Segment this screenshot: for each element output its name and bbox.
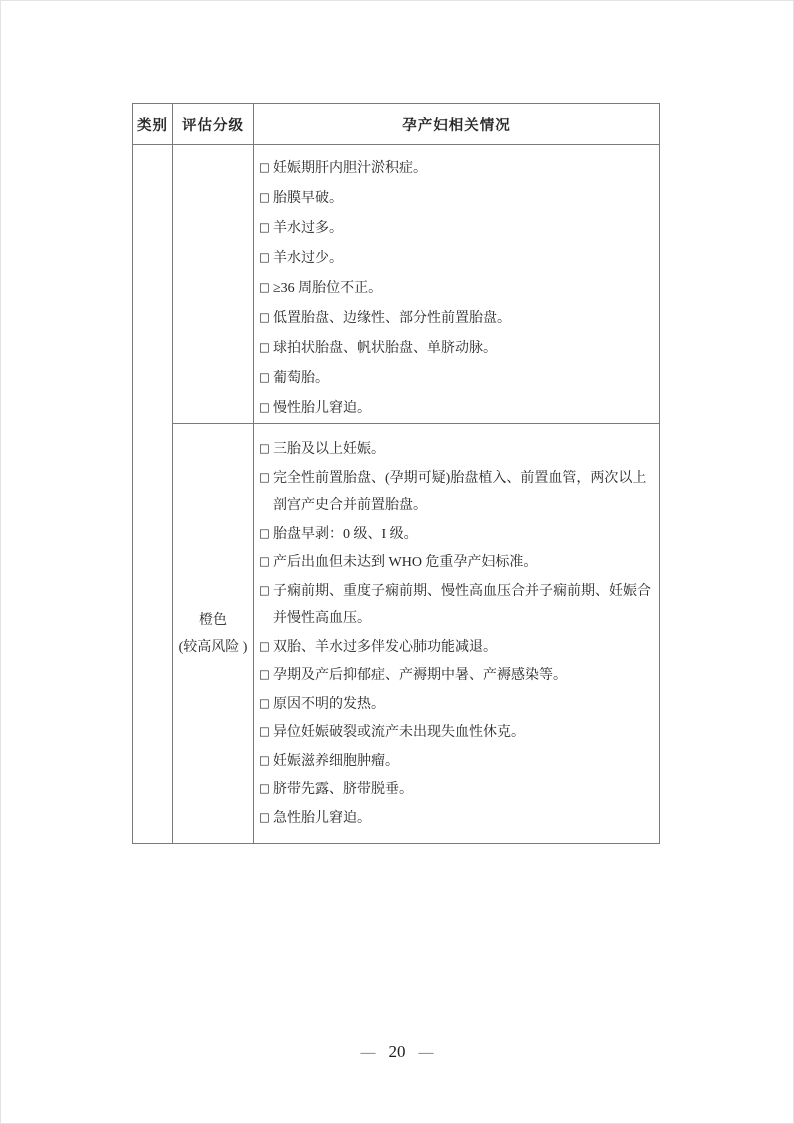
table-row-orange-section: 橙色 (较高风险 ) □三胎及以上妊娠。□完全性前置胎盘、(孕期可疑)胎盘植入、…: [133, 424, 660, 844]
checklist-item-text: 产后出血但未达到 WHO 危重孕产妇标准。: [273, 555, 537, 570]
checklist-continued-section: □妊娠期肝内胆汁淤积症。□胎膜早破。□羊水过多。□羊水过少。□≥36 周胎位不正…: [254, 145, 660, 424]
grade-label-risk-level: (较高风险 ): [173, 634, 253, 661]
checkbox-icon: □: [259, 804, 273, 832]
checkbox-icon: □: [259, 333, 273, 361]
checklist-item: □原因不明的发热。: [259, 690, 655, 719]
checklist-item-text: 妊娠滋养细胞肿瘤。: [273, 754, 399, 769]
checkbox-icon: □: [259, 775, 273, 803]
checklist-item: □完全性前置胎盘、(孕期可疑)胎盘植入、前置血管，两次以上剖宫产史合并前置胎盘。: [259, 464, 655, 520]
checklist-item-text: 妊娠期肝内胆汁淤积症。: [273, 161, 427, 176]
checklist-item-text: 脐带先露、脐带脱垂。: [273, 782, 413, 797]
checklist-item: □三胎及以上妊娠。: [259, 435, 655, 464]
checkbox-icon: □: [259, 393, 273, 421]
checkbox-icon: □: [259, 213, 273, 241]
checklist-item: □妊娠滋养细胞肿瘤。: [259, 747, 655, 776]
checklist-item: □异位妊娠破裂或流产未出现失血性休克。: [259, 718, 655, 747]
checklist-item-text: 胎盘早剥：0 级、I 级。: [273, 527, 418, 542]
checklist-item-text: 孕期及产后抑郁症、产褥期中暑、产褥感染等。: [273, 668, 567, 683]
checkbox-icon: □: [259, 718, 273, 746]
checkbox-icon: □: [259, 435, 273, 463]
checklist-item-text: 慢性胎儿窘迫。: [273, 401, 371, 416]
table-row-continued-section: □妊娠期肝内胆汁淤积症。□胎膜早破。□羊水过多。□羊水过少。□≥36 周胎位不正…: [133, 145, 660, 424]
checklist-item: □慢性胎儿窘迫。: [259, 393, 655, 423]
checkbox-icon: □: [259, 243, 273, 271]
checklist-item: □胎膜早破。: [259, 183, 655, 213]
checklist-item: □急性胎儿窘迫。: [259, 804, 655, 833]
checklist-item: □低置胎盘、边缘性、部分性前置胎盘。: [259, 303, 655, 333]
checkbox-icon: □: [259, 183, 273, 211]
checkbox-icon: □: [259, 548, 273, 576]
checklist-item: □孕期及产后抑郁症、产褥期中暑、产褥感染等。: [259, 661, 655, 690]
checklist-item-text: 葡萄胎。: [273, 371, 329, 386]
checkbox-icon: □: [259, 747, 273, 775]
grade-label-color: 橙色: [173, 607, 253, 634]
checklist-item-text: 原因不明的发热。: [273, 697, 385, 712]
checklist-item: □胎盘早剥：0 级、I 级。: [259, 520, 655, 549]
checklist-item: □≥36 周胎位不正。: [259, 273, 655, 303]
header-category: 类别: [133, 104, 173, 145]
header-maternal-situation: 孕产妇相关情况: [254, 104, 660, 145]
checkbox-icon: □: [259, 520, 273, 548]
checklist-item: □双胎、羊水过多伴发心肺功能减退。: [259, 633, 655, 662]
checkbox-icon: □: [259, 633, 273, 661]
scanned-document-page: 类别 评估分级 孕产妇相关情况 □妊娠期肝内胆汁淤积症。□胎膜早破。□羊水过多。…: [0, 0, 794, 1124]
checklist-item-text: ≥36 周胎位不正。: [273, 281, 382, 296]
checkbox-icon: □: [259, 153, 273, 181]
checklist-item-text: 羊水过少。: [273, 251, 343, 266]
checklist-item-text: 急性胎儿窘迫。: [273, 811, 371, 826]
category-cell-empty: [133, 145, 173, 844]
checklist-item: □葡萄胎。: [259, 363, 655, 393]
checklist-item-text: 三胎及以上妊娠。: [273, 442, 385, 457]
checklist-item: □产后出血但未达到 WHO 危重孕产妇标准。: [259, 548, 655, 577]
checklist-item: □羊水过多。: [259, 213, 655, 243]
checklist-item: □脐带先露、脐带脱垂。: [259, 775, 655, 804]
checklist-item: □羊水过少。: [259, 243, 655, 273]
table-header-row: 类别 评估分级 孕产妇相关情况: [133, 104, 660, 145]
checklist-item: □妊娠期肝内胆汁淤积症。: [259, 153, 655, 183]
checklist-item-text: 子痫前期、重度子痫前期、慢性高血压合并子痫前期、妊娠合并慢性高血压。: [273, 584, 651, 627]
footer-dash-right: —: [419, 1045, 434, 1061]
checklist-item-text: 胎膜早破。: [273, 191, 343, 206]
checklist-item: □子痫前期、重度子痫前期、慢性高血压合并子痫前期、妊娠合并慢性高血压。: [259, 577, 655, 633]
page-footer: —20—: [0, 1042, 794, 1062]
checkbox-icon: □: [259, 273, 273, 301]
checklist-item-text: 完全性前置胎盘、(孕期可疑)胎盘植入、前置血管，两次以上剖宫产史合并前置胎盘。: [273, 471, 646, 514]
checklist-item-text: 球拍状胎盘、帆状胎盘、单脐动脉。: [273, 341, 497, 356]
checkbox-icon: □: [259, 464, 273, 492]
maternal-risk-assessment-table: 类别 评估分级 孕产妇相关情况 □妊娠期肝内胆汁淤积症。□胎膜早破。□羊水过多。…: [132, 103, 660, 844]
checklist-item-text: 低置胎盘、边缘性、部分性前置胎盘。: [273, 311, 511, 326]
checklist-item-text: 异位妊娠破裂或流产未出现失血性休克。: [273, 725, 525, 740]
checkbox-icon: □: [259, 661, 273, 689]
checklist-orange-section: □三胎及以上妊娠。□完全性前置胎盘、(孕期可疑)胎盘植入、前置血管，两次以上剖宫…: [254, 424, 660, 844]
checklist-item: □球拍状胎盘、帆状胎盘、单脐动脉。: [259, 333, 655, 363]
grade-cell-empty: [173, 145, 254, 424]
header-assessment-grade: 评估分级: [173, 104, 254, 145]
checklist-item-text: 双胎、羊水过多伴发心肺功能减退。: [273, 640, 497, 655]
grade-cell-orange: 橙色 (较高风险 ): [173, 424, 254, 844]
checkbox-icon: □: [259, 577, 273, 605]
checkbox-icon: □: [259, 690, 273, 718]
checkbox-icon: □: [259, 363, 273, 391]
footer-dash-left: —: [361, 1045, 376, 1061]
page-number: 20: [389, 1042, 406, 1061]
checkbox-icon: □: [259, 303, 273, 331]
checklist-item-text: 羊水过多。: [273, 221, 343, 236]
